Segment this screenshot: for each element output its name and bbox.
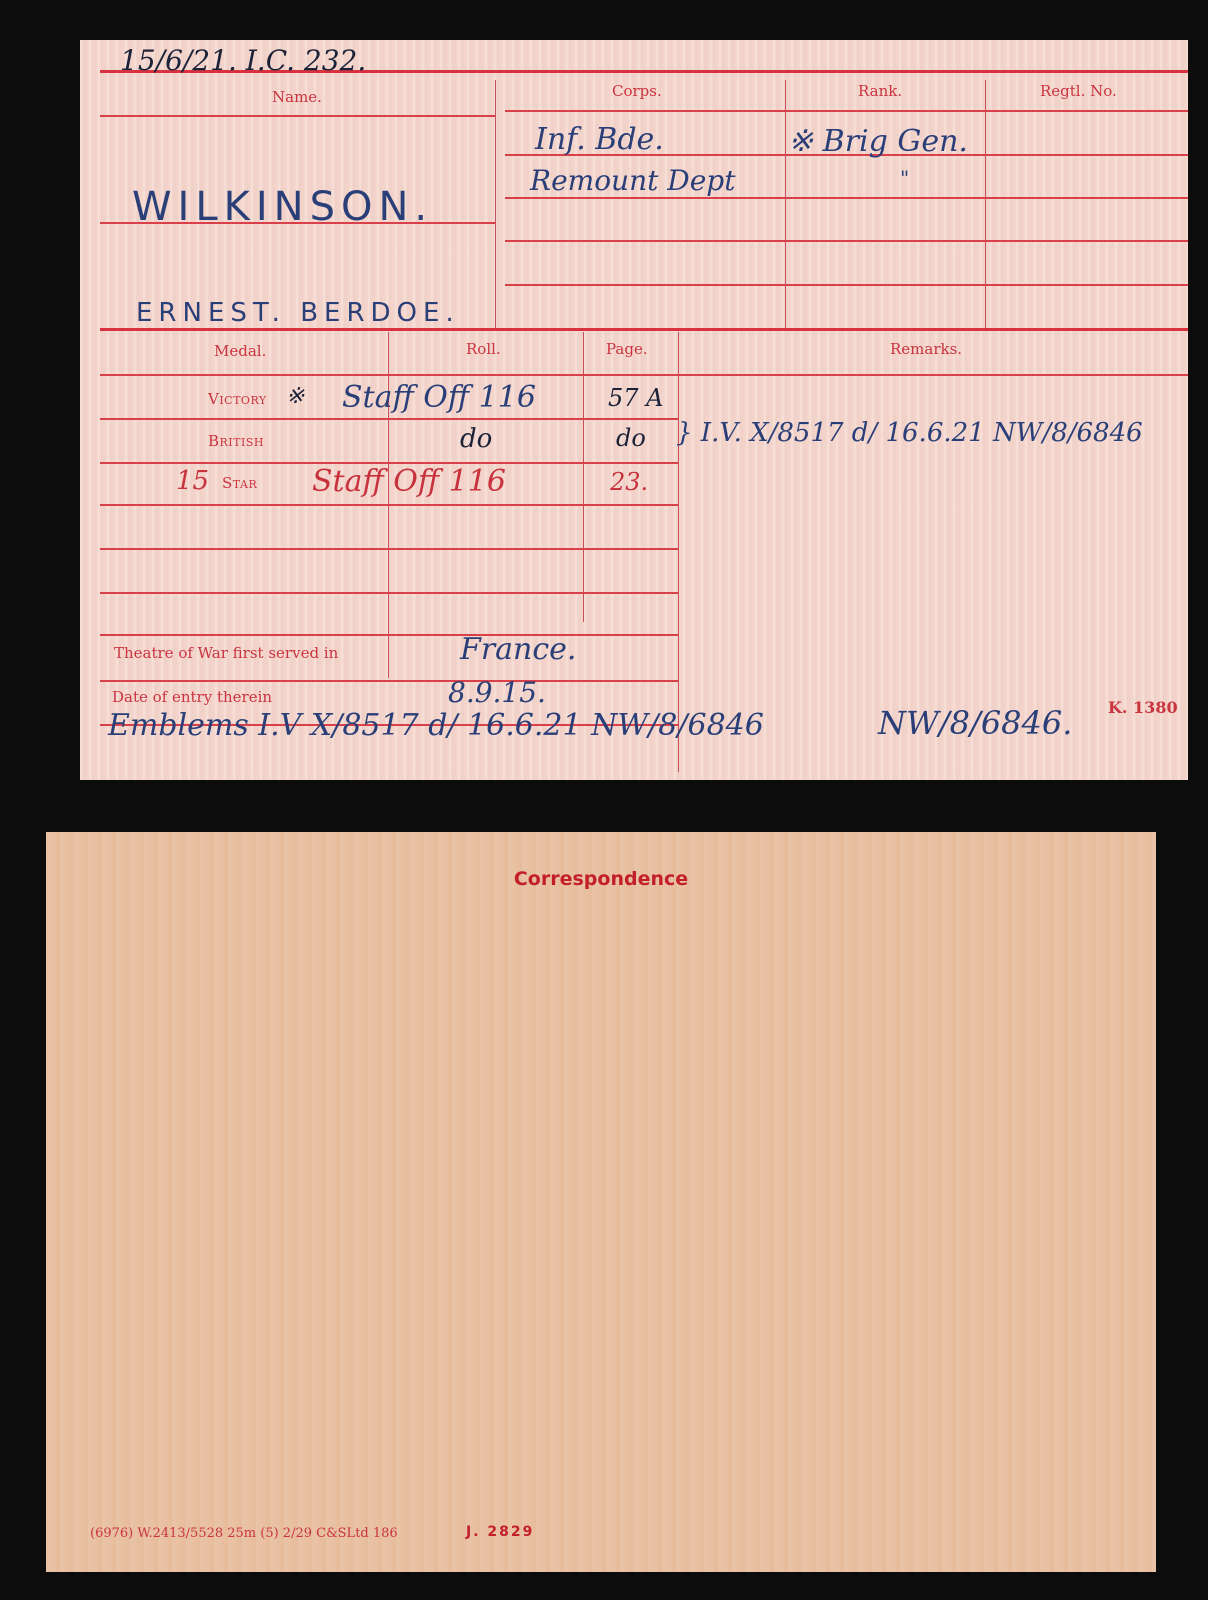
header-regtl-no: Regtl. No.	[1040, 82, 1117, 100]
form-number: K. 1380	[1108, 698, 1178, 717]
rule	[505, 197, 1188, 199]
corps-entry-1: Inf. Bde.	[535, 122, 664, 157]
rule	[100, 634, 678, 636]
medal-name: British	[208, 432, 264, 450]
medal-index-card-front: 15/6/21. I.C. 232. Name. Corps. Rank. Re…	[80, 40, 1188, 780]
divider	[678, 332, 679, 772]
divider	[785, 80, 786, 328]
header-remarks: Remarks.	[890, 340, 962, 358]
rule	[100, 548, 678, 550]
emblems-note: Emblems I.V X/8517 d/ 16.6.21 NW/8/6846	[108, 708, 764, 743]
divider	[985, 80, 986, 328]
remarks-entry: } I.V. X/8517 d/ 16.6.21 NW/8/6846	[676, 418, 1143, 448]
medal-roll: Staff Off 116	[342, 380, 536, 415]
header-name: Name.	[272, 88, 322, 106]
medal-page: do	[616, 424, 646, 452]
forenames: ERNEST. BERDOE.	[136, 298, 460, 328]
rule	[100, 504, 678, 506]
form-code: J. 2829	[466, 1524, 534, 1540]
rank-entry-1: ※ Brig Gen.	[788, 124, 968, 159]
bottom-reference: NW/8/6846.	[878, 704, 1072, 742]
date-label: Date of entry therein	[112, 688, 272, 706]
theatre-label: Theatre of War first served in	[114, 644, 338, 662]
medal-page: 57 A	[608, 384, 664, 412]
header-roll: Roll.	[466, 340, 501, 358]
rule	[505, 110, 1188, 112]
corps-entry-2: Remount Dept	[530, 164, 735, 197]
medal-mark: ※	[286, 384, 304, 409]
medal-roll: Staff Off 116	[312, 464, 506, 499]
rule	[100, 592, 678, 594]
divider	[495, 80, 496, 328]
header-page: Page.	[606, 340, 648, 358]
reference-mark: 15/6/21. I.C. 232.	[120, 44, 366, 77]
rule	[100, 115, 495, 117]
medal-index-card-back: Correspondence (6976) W.2413/5528 25m (5…	[46, 832, 1156, 1572]
date-value: 8.9.15.	[448, 676, 546, 709]
header-corps: Corps.	[612, 82, 662, 100]
theatre-value: France.	[460, 632, 576, 667]
rule	[100, 374, 1188, 376]
rule	[100, 680, 678, 682]
medal-page: 23.	[610, 468, 648, 496]
rule	[100, 418, 678, 420]
medal-prefix: 15	[176, 466, 209, 496]
section-rule	[100, 328, 1188, 331]
header-medal: Medal.	[214, 342, 266, 360]
rule	[505, 240, 1188, 242]
medal-name: Star	[222, 474, 257, 492]
correspondence-title: Correspondence	[46, 868, 1156, 890]
rule	[505, 284, 1188, 286]
medal-name: Victory	[208, 390, 267, 408]
medal-roll: do	[460, 424, 492, 454]
surname: WILKINSON.	[132, 184, 433, 230]
rank-entry-2: "	[900, 166, 909, 190]
header-rank: Rank.	[858, 82, 902, 100]
printer-imprint: (6976) W.2413/5528 25m (5) 2/29 C&SLtd 1…	[90, 1526, 398, 1541]
